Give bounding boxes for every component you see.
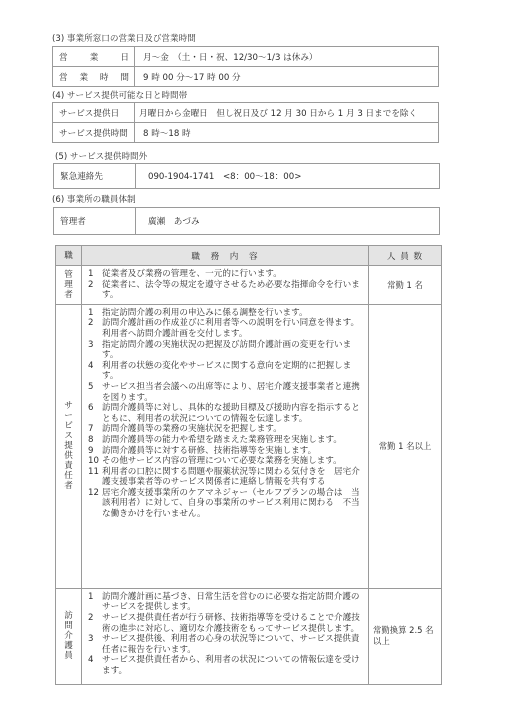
- table-row: 緊急連絡先 090-1904-1741 <8：00～18：00>: [54, 164, 440, 189]
- section-5-title: (5) サービス提供時間外: [55, 150, 147, 162]
- count-manager: 常勤 1 名: [369, 266, 442, 305]
- list-item: 2サービス提供責任者が行う研修、技術指導等を受けることで介護技術の進歩に対応し、…: [86, 613, 364, 634]
- list-item: 2訪問介護計画の作成並びに利用者等への説明を行い同意を得ます。利用者へ訪問介護計…: [86, 318, 364, 339]
- header-duties: 職 務 内 容: [82, 246, 369, 266]
- list-item: 5サービス担当者会議への出席等により、居宅介護支援事業者と連携を図ります。: [86, 382, 364, 403]
- table-row: サービス提供時間 8 時～18 時: [53, 123, 439, 143]
- list-item: 1訪問介護計画に基づき、日常生活を営むのに必要な指定訪問介護のサービスを提供しま…: [86, 592, 364, 613]
- table-row: 管 理 者 1従業者及び業務の管理を、一元的に行います。 2従業者に、法令等の規…: [56, 266, 442, 305]
- table-row: 訪 問 介 護 員 1訪問介護計画に基づき、日常生活を営むのに必要な指定訪問介護…: [56, 588, 442, 684]
- staff-duties-table: 職 職 務 内 容 人 員 数 管 理 者 1従業者及び業務の管理を、一元的に行…: [55, 245, 442, 685]
- count-home-helper: 常勤換算 2.5 名以上: [369, 588, 442, 684]
- list-item: 3サービス提供後、利用者の心身の状況等について、サービス提供責任者に報告を行いま…: [86, 634, 364, 655]
- table-header-row: 職 職 務 内 容 人 員 数: [56, 246, 442, 266]
- section-3-title: (3) 事業所窓口の営業日及び営業時間: [52, 32, 196, 44]
- emergency-contact-value: 090-1904-1741 <8：00～18：00>: [136, 164, 440, 189]
- list-item: 4サービス提供責任者から、利用者の状況についての情報伝達を受けます。: [86, 655, 364, 676]
- duties-service-provision-manager: 1指定訪問介護の利用の申込みに係る調整を行います。 2訪問介護計画の作成並びに利…: [82, 304, 369, 588]
- count-service-provision-manager: 常勤 1 名以上: [369, 304, 442, 588]
- section-4-title: (4) サービス提供可能な日と時間帯: [52, 89, 187, 101]
- business-days-label: 営 業 日: [53, 47, 135, 67]
- role-home-helper: 訪 問 介 護 員: [56, 588, 82, 684]
- list-item: 1指定訪問介護の利用の申込みに係る調整を行います。: [86, 308, 364, 319]
- list-item: 10その他サービス内容の管理について必要な業務を実施します。: [86, 456, 364, 467]
- emergency-contact-label: 緊急連絡先: [54, 164, 136, 189]
- service-hours-value: 8 時～18 時: [135, 123, 439, 143]
- after-hours-table: 緊急連絡先 090-1904-1741 <8：00～18：00>: [53, 163, 440, 189]
- staff-structure-table: 管理者 廣瀬 あづみ: [53, 207, 440, 235]
- list-item: 2従業者に、法令等の規定を遵守させるため必要な指揮命令を行います。: [86, 280, 364, 301]
- duties-manager: 1従業者及び業務の管理を、一元的に行います。 2従業者に、法令等の規定を遵守させ…: [82, 266, 369, 305]
- service-availability-table: サービス提供日 月曜日から金曜日 但し祝日及び 12 月 30 日から 1 月 …: [52, 102, 439, 143]
- role-manager: 管 理 者: [56, 266, 82, 305]
- list-item: 4利用者の状態の変化やサービスに関する意向を定期的に把握します。: [86, 361, 364, 382]
- header-count: 人 員 数: [369, 246, 442, 266]
- service-days-label: サービス提供日: [53, 103, 135, 123]
- duties-home-helper: 1訪問介護計画に基づき、日常生活を営むのに必要な指定訪問介護のサービスを提供しま…: [82, 588, 369, 684]
- manager-label: 管理者: [54, 208, 136, 235]
- list-item: 7訪問介護員等の業務の実施状況を把握します。: [86, 424, 364, 435]
- list-item: 12居宅介護支援事業所のケアマネジャー（セルフプランの場合は 当該利用者）に対し…: [86, 488, 364, 520]
- service-hours-label: サービス提供時間: [53, 123, 135, 143]
- list-item: 8訪問介護員等の能力や希望を踏まえた業務管理を実施します。: [86, 435, 364, 446]
- business-days-value: 月～金 （土・日・祝、12/30～1/3 は休み）: [135, 47, 439, 67]
- manager-name: 廣瀬 あづみ: [136, 208, 440, 235]
- business-hours-table: 営 業 日 月～金 （土・日・祝、12/30～1/3 は休み） 営 業 時 間 …: [52, 46, 439, 87]
- section-6-title: (6) 事業所の職員体制: [52, 193, 136, 205]
- list-item: 1従業者及び業務の管理を、一元的に行います。: [86, 269, 364, 280]
- list-item: 3指定訪問介護の実施状況の把握及び訪問介護計画の変更を行います。: [86, 340, 364, 361]
- business-hours-value: 9 時 00 分～17 時 00 分: [135, 67, 439, 87]
- table-row: 営 業 時 間 9 時 00 分～17 時 00 分: [53, 67, 439, 87]
- list-item: 6訪問介護員等に対し、具体的な援助目標及び援助内容を指示するとともに、利用者の状…: [86, 403, 364, 424]
- service-days-value: 月曜日から金曜日 但し祝日及び 12 月 30 日から 1 月 3 日までを除く: [135, 103, 439, 123]
- table-row: 営 業 日 月～金 （土・日・祝、12/30～1/3 は休み）: [53, 47, 439, 67]
- table-row: 管理者 廣瀬 あづみ: [54, 208, 440, 235]
- list-item: 9訪問介護員等に対する研修、技術指導等を実施します。: [86, 446, 364, 457]
- table-row: サ ー ビ ス 提 供 責 任 者 1指定訪問介護の利用の申込みに係る調整を行い…: [56, 304, 442, 588]
- table-row: サービス提供日 月曜日から金曜日 但し祝日及び 12 月 30 日から 1 月 …: [53, 103, 439, 123]
- business-hours-label: 営 業 時 間: [53, 67, 135, 87]
- header-role: 職: [56, 246, 82, 266]
- role-service-provision-manager: サ ー ビ ス 提 供 責 任 者: [56, 304, 82, 588]
- list-item: 11利用者の口腔に関する問題や服薬状況等に関わる気付きを 居宅介護支援事業者等の…: [86, 467, 364, 488]
